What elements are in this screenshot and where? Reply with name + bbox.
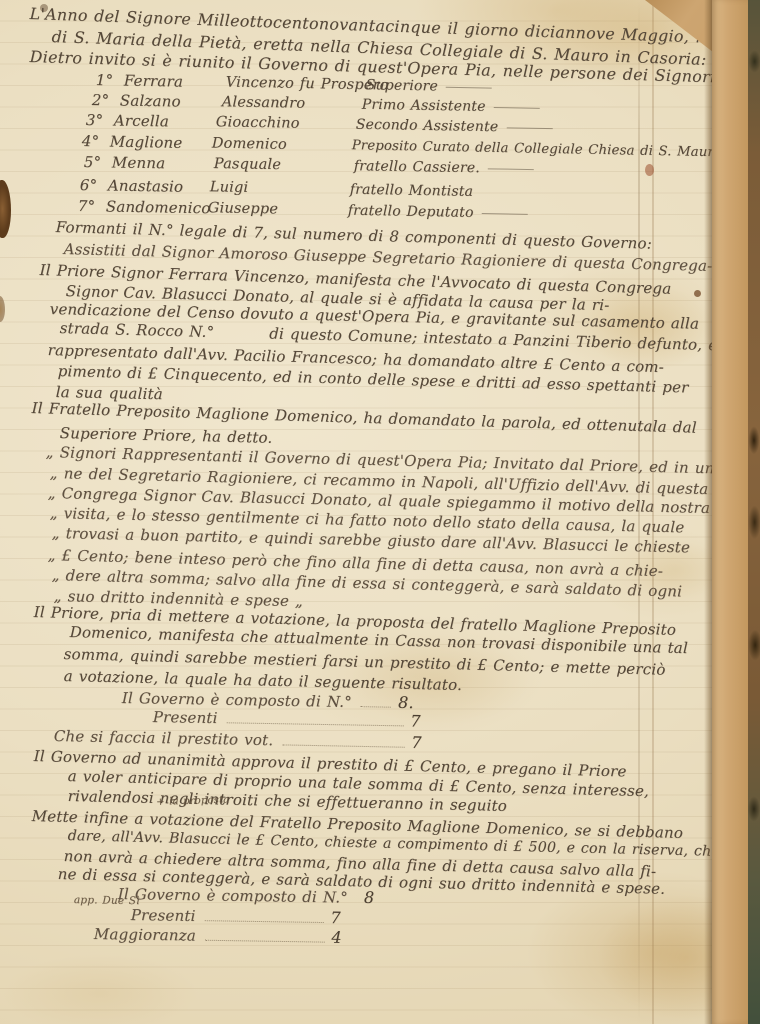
vote-value: 4 — [331, 928, 342, 948]
dotted-leader — [227, 722, 404, 726]
vote-value: 7 — [330, 908, 341, 928]
book-cover-edge — [748, 0, 760, 1024]
vote-value: 7 — [411, 733, 422, 753]
member-number: 5° — [84, 152, 112, 172]
dotted-leader — [205, 940, 324, 943]
book-page-edges — [712, 0, 748, 1024]
member-name: Giuseppe — [208, 198, 348, 220]
member-number: 6° — [80, 175, 108, 195]
member-surname: Anastasio — [108, 175, 210, 197]
vote-value: 7 — [410, 711, 421, 731]
blank-space — [214, 337, 269, 338]
vote-line: Maggioranza 4 — [94, 924, 342, 948]
vote-label: Presenti — [153, 707, 218, 728]
member-name: Pasquale — [214, 154, 354, 176]
member-surname: Ferrara — [124, 71, 226, 93]
member-surname: Sandomenico — [106, 196, 208, 218]
street-label: strada S. Rocco N.° — [60, 319, 215, 341]
member-surname: Menna — [112, 152, 214, 174]
vote-label: Presenti — [131, 905, 196, 926]
member-number: 1° — [96, 70, 124, 91]
member-surname: Arcella — [114, 110, 216, 132]
member-surname: Salzano — [120, 90, 222, 112]
page-edge-crease — [704, 0, 712, 1024]
dotted-leader — [282, 744, 404, 747]
member-name: Luigi — [210, 177, 350, 199]
vote-value: 8 — [364, 888, 375, 908]
member-number: 2° — [92, 90, 120, 110]
dotted-leader — [205, 920, 324, 923]
vote-label: Il Governo è composto di N.° — [118, 884, 348, 908]
member-name: Gioacchino — [216, 112, 356, 134]
member-number: 7° — [78, 196, 106, 216]
dotted-leader — [361, 706, 391, 708]
interlinear-insertion: + la proposta — [156, 794, 230, 809]
ink-spot — [694, 290, 701, 297]
member-name: Domenico — [212, 133, 352, 156]
vote-value: 8. — [398, 693, 414, 713]
member-surname: Maglione — [110, 132, 212, 154]
member-name: Alessandro — [222, 92, 362, 114]
member-number: 4° — [82, 131, 110, 152]
vote-label: Maggioranza — [94, 924, 196, 946]
manuscript-scan: L'Anno del Signore Milleottocentonovanta… — [0, 0, 760, 1024]
member-number: 3° — [86, 110, 114, 130]
vote-line: Il Governo è composto di N.° 8 — [118, 884, 343, 908]
